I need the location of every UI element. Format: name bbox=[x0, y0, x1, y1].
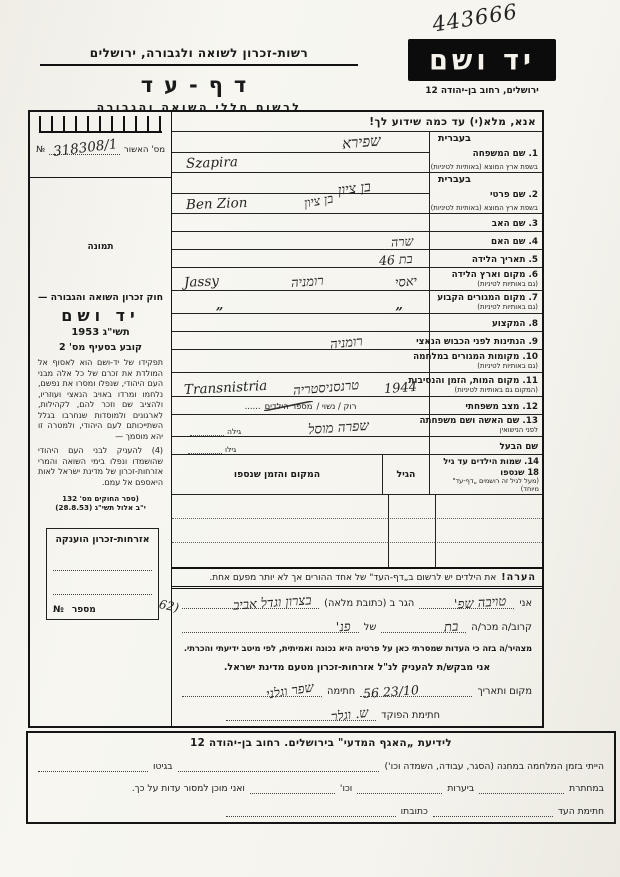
handwritten-registrar-signature: ש. וגלר bbox=[330, 705, 369, 725]
answer-line-hebrew: שפירא bbox=[172, 132, 429, 153]
handwritten-death-year: 1944 bbox=[383, 380, 417, 397]
children-registration-note: הערה! את הילדים יש לרשום ב„דף-העד" של אח… bbox=[172, 567, 542, 589]
field-birth-place: 6. מקום וארץ הלידה (גם באותיות לטיניות) … bbox=[172, 268, 542, 291]
field-profession-label: 8. המקצוע bbox=[429, 314, 542, 331]
child-name-cell bbox=[435, 543, 542, 567]
photo-placeholder-label: תמונה bbox=[30, 242, 171, 252]
field-wife-name-answer: שפרה מוסל גילה bbox=[172, 415, 429, 436]
ghetto-label: בגיטו bbox=[153, 761, 173, 772]
field-label: 1. שם המשפחה bbox=[432, 149, 538, 159]
children-names-label: 14. שמות הילדים עד גיל 18 שנספו bbox=[433, 456, 539, 477]
registrar-signature-row: חתימת הפוקד ש. וגלר bbox=[182, 707, 532, 721]
answer-line-latin: Szapira bbox=[172, 153, 429, 172]
field-marital-status-answer: רוק / נשוי / מספר הילדים ...... bbox=[172, 397, 429, 414]
memorial-citizenship-title: אזרחות-זכרון הוענקה bbox=[53, 534, 152, 545]
numero-sign: № bbox=[36, 145, 45, 155]
law-section: קובע בסעיף מס' 2 bbox=[38, 342, 163, 353]
field-death-place-label: 11. מקום המות, הזמן והנסיבות (המקום גם ב… bbox=[429, 373, 542, 396]
child-place-cell bbox=[172, 495, 388, 519]
her-age-dotted-line bbox=[190, 427, 224, 436]
field-label: 6. מקום וארץ הלידה bbox=[432, 270, 538, 280]
field-family-name: בעברית 1. שם המשפחה בשפת ארץ המוצא (באות… bbox=[172, 132, 542, 173]
field-mother-name: 4. שם האם שרה bbox=[172, 232, 542, 250]
her-age-blank: גילה bbox=[184, 427, 241, 436]
field-father-name: 3. שם האב bbox=[172, 214, 542, 232]
field-label: 13. שם האשה ושם משפחתה bbox=[432, 416, 538, 426]
handwritten-birth-country-hebrew: רומניה bbox=[290, 273, 324, 291]
camp-label: הייתי בזמן המלחמה במחנה (הסגר, עבודה, הש… bbox=[384, 761, 604, 772]
field-label: 5. תאריך הלידה bbox=[432, 255, 538, 265]
field-birth-place-label: 6. מקום וארץ הלידה (גם באותיות לטיניות) bbox=[429, 268, 542, 290]
field-label: שם הבעל bbox=[432, 442, 538, 452]
handwritten-signature: שפר וגלני bbox=[265, 680, 315, 703]
underground-blank bbox=[479, 780, 564, 794]
law-title: חוק זכרון השואה והגבורה — bbox=[38, 292, 163, 303]
underground-label: במחתרת bbox=[569, 783, 604, 794]
place-date-blank: 23/10 56 bbox=[360, 683, 472, 697]
field-marital-status: 12. מצב משפחתי רוק / נשוי / מספר הילדים … bbox=[172, 397, 542, 415]
field-birth-date-answer: בת 46 bbox=[172, 250, 429, 267]
field-permanent-residence: 7. מקום המגורים הקבוע (גם באותיות לטיניו… bbox=[172, 291, 542, 314]
field-label: 8. המקצוע bbox=[432, 319, 538, 329]
in-hebrew-label: בעברית bbox=[432, 174, 538, 185]
his-age-dotted-line bbox=[188, 445, 222, 454]
place-date-signature-row: מקום ותאריך 23/10 56 חתימה שפר וגלני bbox=[182, 683, 532, 697]
relation-blank: בת bbox=[381, 619, 466, 633]
signature-label: חתימה bbox=[327, 686, 355, 697]
in-hebrew-label: בעברית bbox=[432, 133, 538, 144]
field-profession: 8. המקצוע bbox=[172, 314, 542, 332]
field-label: 11. מקום המות, הזמן והנסיבות bbox=[432, 376, 538, 386]
field-war-residences-answer bbox=[172, 350, 429, 372]
relation-of-blank: פנ' bbox=[182, 619, 359, 633]
org-title: רשות-זכרון לשואה ולגבורה, ירושלים bbox=[40, 44, 358, 66]
field-sublabel: בשפת ארץ המוצא (באותיות לטיניות) bbox=[432, 163, 538, 171]
form-title: דף-עד bbox=[40, 73, 358, 97]
field-husband-name: שם הבעל גילו bbox=[172, 437, 542, 455]
citizenship-number-row: מספר № bbox=[53, 605, 152, 615]
marital-option-children-count: מספר הילדים bbox=[264, 401, 314, 411]
field-label: 4. שם האם bbox=[432, 237, 538, 247]
children-table-row bbox=[172, 519, 542, 543]
main-form-box: אנא, מלא(י) עד כמה שידוע לך! בעברית 1. ש… bbox=[28, 110, 544, 728]
answer-line-latin: Ben Zion bbox=[172, 194, 429, 213]
relative-label: קרוב/ה מכר/ה bbox=[471, 622, 532, 633]
field-father-name-label: 3. שם האב bbox=[429, 214, 542, 231]
note-text: את הילדים יש לרשום ב„דף-העד" של אחד ההור… bbox=[209, 573, 496, 583]
field-husband-name-label: שם הבעל bbox=[429, 437, 542, 454]
field-mother-name-answer: שרה bbox=[172, 232, 429, 249]
declarant-identity-row: אני טויבה שפ' הגר ב (כתובת מלאה) בצרון ו… bbox=[182, 595, 532, 609]
child-age-cell bbox=[388, 519, 435, 543]
fill-in-instruction: אנא, מלא(י) עד כמה שידוע לך! bbox=[172, 112, 542, 132]
field-first-name-answer: בן ציון בן ציון Ben Zion bbox=[172, 173, 429, 213]
handwritten-mother-name: שרה bbox=[390, 233, 413, 251]
child-place-cell bbox=[172, 519, 388, 543]
handwritten-declarant-name: טויבה שפ' bbox=[454, 593, 507, 613]
handwritten-place-date: 23/10 56 bbox=[362, 682, 419, 701]
law-footnote-book: (ספר החוקים מס' 132 bbox=[38, 494, 163, 503]
handwritten-relation-of: פנ' bbox=[336, 618, 352, 635]
answer-line-hebrew: בן ציון בן ציון bbox=[172, 173, 429, 194]
witness-address-blank bbox=[226, 803, 396, 817]
field-sublabel: בשפת ארץ המוצא (באותיות לטיניות) bbox=[432, 204, 538, 212]
registration-number-row: מס' האשור 318308/1 № bbox=[36, 142, 165, 155]
note-heading: הערה! bbox=[501, 572, 536, 583]
citizenship-dotted-line bbox=[53, 557, 152, 571]
memorial-citizenship-box: אזרחות-זכרון הוענקה מספר № bbox=[46, 528, 159, 620]
scanned-page-of-testimony: 443666 יד ושם ירושלים, רחוב בן-יהודה 12 … bbox=[0, 0, 620, 877]
forests-blank bbox=[357, 780, 442, 794]
witness-signature-blank bbox=[433, 803, 553, 817]
child-age-cell bbox=[388, 495, 435, 519]
camp-blank bbox=[178, 758, 380, 772]
logo-address: ירושלים, רחוב בן-יהודה 12 bbox=[396, 86, 568, 96]
child-place-cell bbox=[172, 543, 388, 567]
law-body-text: תפקידו של יד-ושם הוא לאסוף אל המולדת את … bbox=[38, 358, 163, 442]
etc-blank bbox=[250, 780, 335, 794]
handwritten-first-name-latin: Ben Zion bbox=[186, 195, 248, 213]
marital-options: רוק / נשוי / bbox=[316, 401, 356, 411]
field-family-name-answer: שפירא Szapira bbox=[172, 132, 429, 172]
witness-address-label: כתובתו bbox=[401, 806, 428, 817]
children-names-header: 14. שמות הילדים עד גיל 18 שנספו (מעל לגי… bbox=[429, 455, 542, 494]
field-war-residences-label: 10. מקומות המגורים במלחמה (גם באותיות לט… bbox=[429, 350, 542, 372]
law-footnote-date: י"ב אלול תשי"ג (28.8.53) bbox=[38, 503, 163, 512]
relation-row: קרוב/ה מכר/ה בת של פנ' bbox=[182, 619, 532, 633]
numero-sign: № bbox=[53, 605, 64, 615]
ready-to-testify-label: ואני מוכן למסור עדות על כך. bbox=[132, 783, 245, 794]
children-table-row bbox=[172, 543, 542, 567]
field-label: 10. מקומות המגורים במלחמה bbox=[432, 352, 538, 362]
handwritten-relation: בת bbox=[444, 618, 459, 635]
field-label: 3. שם האב bbox=[432, 219, 538, 229]
handwritten-registration-number: 318308/1 bbox=[52, 136, 118, 160]
field-label: 7. מקום המגורים הקבוע bbox=[432, 293, 538, 303]
child-age-cell bbox=[388, 543, 435, 567]
truth-statement: מצהיר/ה בזה כי העדות שמסרתי כאן על פרטיה… bbox=[182, 643, 532, 653]
field-birth-date: 5. תאריך הלידה בת 46 bbox=[172, 250, 542, 268]
declarant-address-blank: בצרון וגדל אביב bbox=[182, 595, 319, 609]
field-family-name-label: בעברית 1. שם המשפחה בשפת ארץ המוצא (באות… bbox=[429, 132, 542, 172]
child-name-cell bbox=[435, 519, 542, 543]
field-sublabel: (גם באותיות לטיניות) bbox=[432, 303, 538, 311]
children-place-header: המקום והזמן שנספו bbox=[172, 455, 382, 494]
field-citizenship-answer: רומניה bbox=[172, 332, 429, 349]
ghetto-blank bbox=[38, 758, 148, 772]
children-table-row bbox=[172, 495, 542, 519]
scientific-branch-box: לידיעת „האגף המדעי" בירושלים. רחוב בן-יה… bbox=[26, 731, 616, 824]
field-label: 9. הנתינות לפני הכבוש הנאצי bbox=[432, 337, 538, 347]
handwritten-birth-city-latin: Jassy bbox=[184, 273, 220, 291]
witness-signature-row: חתימת העד כתובתו bbox=[38, 803, 604, 817]
child-name-cell bbox=[435, 495, 542, 519]
registration-number-label: מס' האשור bbox=[124, 145, 165, 155]
field-death-place: 11. מקום המות, הזמן והנסיבות (המקום גם ב… bbox=[172, 373, 542, 397]
registrar-signature-blank: ש. וגלר bbox=[226, 707, 376, 721]
etc-label: וכו' bbox=[340, 783, 352, 794]
form-fields-area: אנא, מלא(י) עד כמה שידוע לך! בעברית 1. ש… bbox=[171, 112, 542, 726]
field-wife-name-label: 13. שם האשה ושם משפחתה לפני הנישואין bbox=[429, 415, 542, 436]
children-names-sublabel: (מעל לגיל זה רושמים „דף-עד" מיוחד) bbox=[433, 477, 539, 493]
field-label: 12. מצב משפחתי bbox=[432, 402, 538, 412]
field-marital-status-label: 12. מצב משפחתי bbox=[429, 397, 542, 414]
witness-signature-label: חתימת העד bbox=[558, 806, 604, 817]
handwritten-death-place-latin: Transnistria bbox=[184, 378, 268, 398]
registration-number-box: מס' האשור 318308/1 № bbox=[30, 112, 171, 178]
field-husband-name-answer: גילו bbox=[172, 437, 429, 454]
place-date-label: מקום ותאריך bbox=[477, 686, 532, 697]
field-sublabel: (גם באותיות לטיניות) bbox=[432, 362, 538, 370]
war-camp-row: הייתי בזמן המלחמה במחנה (הסגר, עבודה, הש… bbox=[38, 758, 604, 772]
field-sublabel: לפני הנישואין bbox=[432, 426, 538, 434]
forests-label: ביערות bbox=[447, 783, 474, 794]
law-body-text-2: (4) להעניק לבני העם היהודי שהושמדו ונפלו… bbox=[38, 446, 163, 488]
binding-comb-marks bbox=[39, 116, 162, 133]
form-masthead: רשות-זכרון לשואה ולגבורה, ירושלים דף-עד … bbox=[40, 44, 358, 114]
law-year: תשי"ג 1953 bbox=[38, 327, 163, 338]
field-death-place-answer: 1944 טרנסניסטריה Transnistria bbox=[172, 373, 429, 396]
handwritten-age: בת 46 bbox=[379, 251, 414, 269]
yad-vashem-logo: יד ושם bbox=[408, 39, 556, 81]
field-birth-date-label: 5. תאריך הלידה bbox=[429, 250, 542, 267]
field-wife-name: 13. שם האשה ושם משפחתה לפני הנישואין שפר… bbox=[172, 415, 542, 437]
field-war-residences: 10. מקומות המגורים במלחמה (גם באותיות לט… bbox=[172, 350, 542, 373]
of-label: של bbox=[364, 622, 377, 633]
handwritten-birth-city-hebrew: יאסי bbox=[394, 273, 417, 291]
declarant-name-blank: טויבה שפ' bbox=[419, 595, 514, 609]
handwritten-file-number: 443666 bbox=[431, 0, 520, 37]
underground-row: במחתרת ביערות וכו' ואני מוכן למסור עדות … bbox=[38, 780, 604, 794]
citizenship-dotted-line bbox=[53, 581, 152, 595]
field-sublabel: (גם באותיות לטיניות) bbox=[432, 280, 538, 288]
ditto-mark-left: „ bbox=[216, 298, 223, 313]
field-first-name: בעברית 2. שם פרטי בשפת ארץ המוצא (באותיו… bbox=[172, 173, 542, 214]
handwritten-declarant-address: בצרון וגדל אביב bbox=[232, 592, 311, 613]
signature-blank: שפר וגלני bbox=[182, 683, 322, 697]
marital-options-dots: ...... bbox=[245, 401, 261, 411]
handwritten-wife-name: שפרה מוסל bbox=[308, 418, 370, 438]
handwritten-family-name-latin: Szapira bbox=[186, 154, 238, 172]
field-label: 2. שם פרטי bbox=[432, 190, 538, 200]
his-age-label: גילו bbox=[225, 445, 236, 454]
i-label: אני bbox=[519, 598, 532, 609]
field-profession-answer bbox=[172, 314, 429, 331]
her-age-label: גילה bbox=[227, 427, 241, 436]
field-citizenship: 9. הנתינות לפני הכבוש הנאצי רומניה bbox=[172, 332, 542, 350]
law-title-yad-vashem: יד ושם bbox=[38, 306, 163, 325]
scientific-branch-title: לידיעת „האגף המדעי" בירושלים. רחוב בן-יה… bbox=[38, 737, 604, 749]
field-father-name-answer bbox=[172, 214, 429, 231]
registrar-signature-label: חתימת הפוקד bbox=[381, 710, 440, 721]
field-permanent-residence-label: 7. מקום המגורים הקבוע (גם באותיות לטיניו… bbox=[429, 291, 542, 313]
children-age-header: הגיל bbox=[382, 455, 429, 494]
field-mother-name-label: 4. שם האם bbox=[429, 232, 542, 249]
field-citizenship-label: 9. הנתינות לפני הכבוש הנאצי bbox=[429, 332, 542, 349]
field-sublabel: (המקום גם באותיות לטיניות) bbox=[432, 386, 538, 394]
handwritten-family-name-hebrew: שפירא bbox=[341, 131, 381, 153]
his-age-blank: גילו bbox=[182, 445, 236, 454]
citizenship-number-label: מספר bbox=[72, 605, 96, 615]
children-table-header: 14. שמות הילדים עד גיל 18 שנספו (מעל לגי… bbox=[172, 455, 542, 495]
handwritten-death-place-hebrew: טרנסניסטריה bbox=[292, 377, 359, 399]
resides-label: הגר ב (כתובת מלאה) bbox=[324, 598, 414, 609]
citizenship-request-statement: אני מבקש/ת להעניק לנ"ל אזרחות-זכרון מטעם… bbox=[182, 662, 532, 673]
declaration-section: (62 אני טויבה שפ' הגר ב (כתובת מלאה) בצר… bbox=[172, 589, 542, 726]
registration-number-blank: 318308/1 bbox=[49, 142, 120, 155]
ditto-mark-right: „ bbox=[396, 298, 403, 313]
left-column: מס' האשור 318308/1 № תמונה חוק זכרון השו… bbox=[30, 112, 171, 726]
law-excerpt-box: חוק זכרון השואה והגבורה — יד ושם תשי"ג 1… bbox=[30, 292, 171, 512]
field-first-name-label: בעברית 2. שם פרטי בשפת ארץ המוצא (באותיו… bbox=[429, 173, 542, 213]
field-birth-place-answer: יאסי רומניה Jassy bbox=[172, 268, 429, 290]
field-permanent-residence-answer: „ „ bbox=[172, 291, 429, 313]
